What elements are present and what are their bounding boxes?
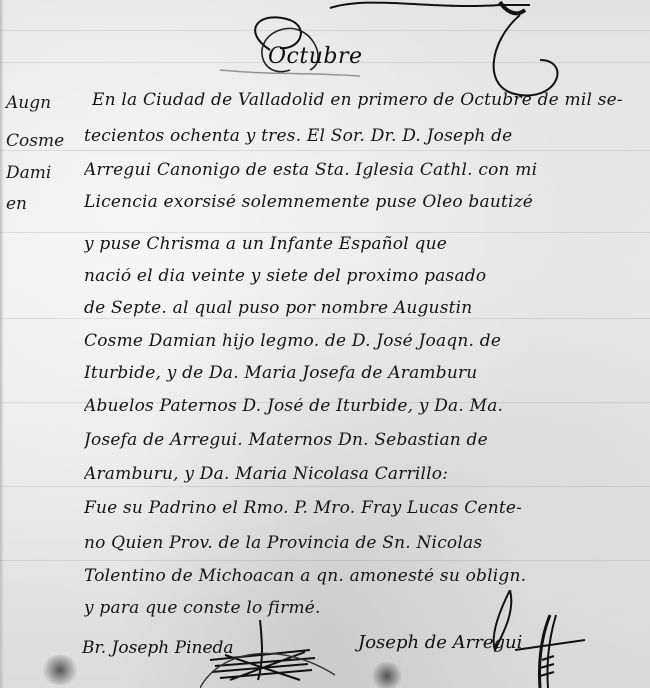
bleed-through-line xyxy=(0,318,650,319)
record-line: de Septe. al qual puso por nombre August… xyxy=(84,300,636,317)
record-line: Iturbide, y de Da. Maria Josefa de Aramb… xyxy=(84,365,636,382)
record-line: tecientos ochenta y tres. El Sor. Dr. D.… xyxy=(84,128,636,145)
month-heading: Octubre xyxy=(268,44,363,69)
record-line: Josefa de Arregui. Maternos Dn. Sebastia… xyxy=(84,432,636,449)
record-line: En la Ciudad de Valladolid en primero de… xyxy=(92,92,636,109)
margin-note-name: Cosme xyxy=(6,133,64,150)
record-line: y puse Chrisma a un Infante Español que xyxy=(84,236,636,253)
record-line: y para que conste lo firmé. xyxy=(84,600,636,617)
signature-priest: Br. Joseph Pineda xyxy=(82,638,234,658)
margin-note-name: en xyxy=(6,196,27,213)
record-line: Abuelos Paternos D. José de Iturbide, y … xyxy=(84,398,636,415)
record-line: Licencia exorsisé solemnemente puse Oleo… xyxy=(84,194,636,211)
record-line: no Quien Prov. de la Provincia de Sn. Ni… xyxy=(84,535,636,552)
bleed-through-line xyxy=(0,150,650,151)
ink-smudge xyxy=(40,655,80,685)
bleed-through-line xyxy=(0,232,650,233)
page-edge xyxy=(0,0,4,688)
bleed-through-line xyxy=(0,486,650,487)
record-line: Aramburu, y Da. Maria Nicolasa Carrillo: xyxy=(84,466,636,483)
ink-smudge xyxy=(370,662,404,688)
margin-note-name: Dami xyxy=(6,165,51,182)
record-line: Arregui Canonigo de esta Sta. Iglesia Ca… xyxy=(84,162,636,179)
record-line: Tolentino de Michoacan a qn. amonesté su… xyxy=(84,568,636,585)
record-line: nació el dia veinte y siete del proximo … xyxy=(84,268,636,285)
bleed-through-line xyxy=(0,30,650,31)
record-line: Fue su Padrino el Rmo. P. Mro. Fray Luca… xyxy=(84,500,636,517)
bleed-through-line xyxy=(0,560,650,561)
signature-canon: Joseph de Arregui xyxy=(358,632,522,653)
record-line: Cosme Damian hijo legmo. de D. José Joaq… xyxy=(84,333,636,350)
document-page: Octubre Augn Cosme Dami en En la Ciudad … xyxy=(0,0,650,688)
margin-note-name: Augn xyxy=(6,95,51,112)
